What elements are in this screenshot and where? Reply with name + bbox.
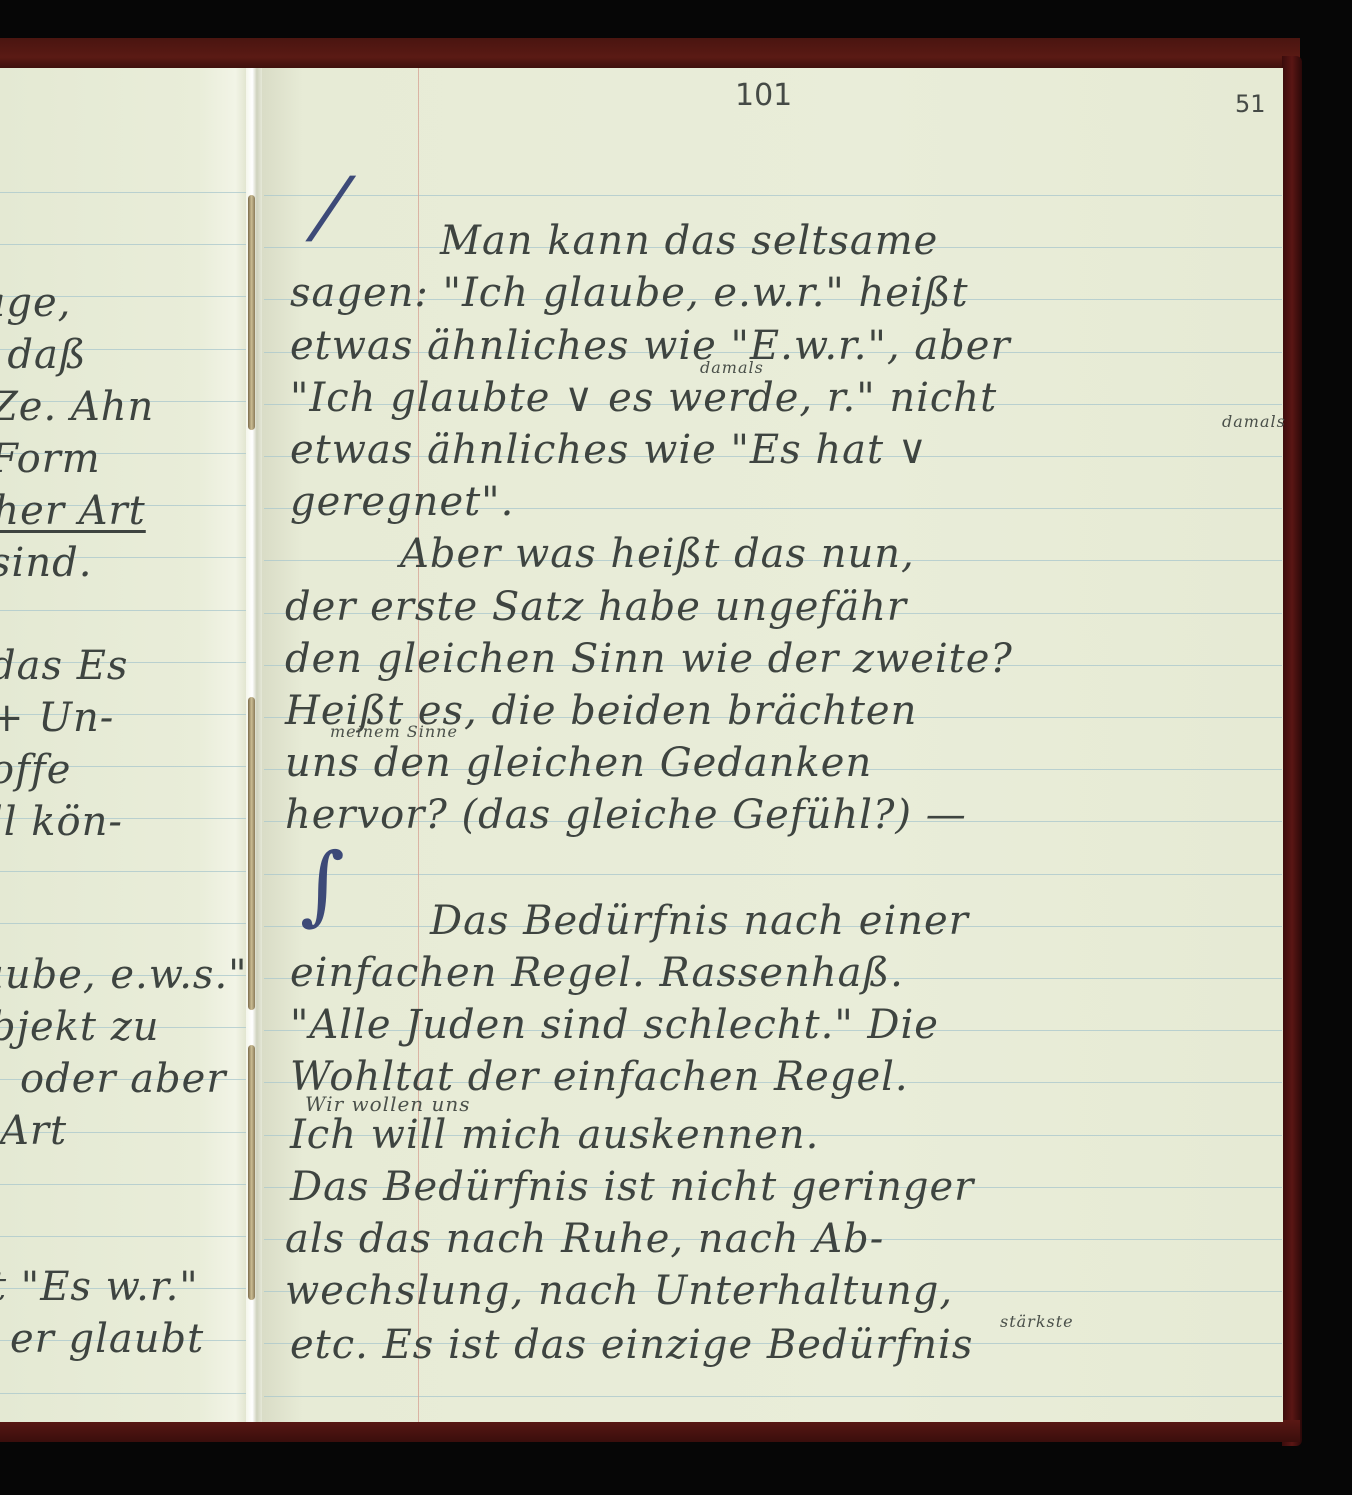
right-line: als das nach Ruhe, nach Ab- xyxy=(285,1216,884,1262)
section-marker-integral: ∫ xyxy=(300,835,345,935)
left-line: Ze. Ahn xyxy=(0,384,154,430)
insertion-staerkste: stärkste xyxy=(1000,1312,1074,1331)
left-line: oder aber xyxy=(20,1056,226,1102)
left-line: offe xyxy=(0,747,71,793)
left-line: er glaubt xyxy=(10,1316,204,1362)
right-line: der erste Satz habe ungefähr xyxy=(285,584,907,630)
left-line: sind. xyxy=(0,540,92,586)
binding-stitch xyxy=(248,195,255,430)
right-line: Das Bedürfnis ist nicht geringer xyxy=(290,1164,974,1210)
notebook-cover-right-edge xyxy=(1282,56,1302,1446)
left-line: aube, e.w.s." xyxy=(0,952,248,998)
left-line: + Un- xyxy=(0,695,114,741)
left-line: Form xyxy=(0,436,101,482)
right-line: Das Bedürfnis nach einer xyxy=(430,898,969,944)
left-line: cher Art xyxy=(0,488,146,534)
ruled-line xyxy=(264,874,1282,875)
binding-stitch xyxy=(248,697,255,1010)
right-line: Aber was heißt das nun, xyxy=(400,531,915,577)
right-line: den gleichen Sinn wie der zweite? xyxy=(285,636,1013,682)
left-line: t "Es w.r." xyxy=(0,1264,199,1310)
insertion-meinem-sinne: meinem Sinne xyxy=(330,722,458,741)
right-line: Ich will mich auskennen. xyxy=(290,1112,819,1158)
right-line: etwas ähnliches wie "Es hat ∨ xyxy=(290,427,928,473)
right-line: sagen: "Ich glaube, e.w.r." heißt xyxy=(290,270,969,316)
insertion-damals: damals xyxy=(1222,412,1286,431)
right-line: "Alle Juden sind schlecht." Die xyxy=(290,1002,939,1048)
right-line: Man kann das seltsame xyxy=(440,218,938,264)
left-page-text: sage, , daß Ze. Ahn Form cher Art sind. … xyxy=(0,68,248,1422)
left-line: bjekt zu xyxy=(0,1004,160,1050)
left-line: sage, xyxy=(0,280,71,326)
left-line: , daß xyxy=(0,332,87,378)
right-line: wechslung, nach Unterhaltung, xyxy=(285,1268,953,1314)
left-line: ll kön- xyxy=(0,799,123,845)
ruled-line xyxy=(264,195,1282,196)
notebook-cover-top xyxy=(0,38,1300,70)
left-line: das Es xyxy=(0,643,128,689)
left-line: Art xyxy=(0,1108,67,1154)
page-number-corner: 51 xyxy=(1235,90,1266,118)
page-number-top: 101 xyxy=(735,78,792,113)
right-line: hervor? (das gleiche Gefühl?) — xyxy=(285,792,967,838)
left-page: sage, , daß Ze. Ahn Form cher Art sind. … xyxy=(0,68,248,1422)
right-line: etc. Es ist das einzige Bedürfnis xyxy=(290,1322,973,1368)
right-line: uns den gleichen Gedanken xyxy=(285,740,872,786)
notebook-cover-bottom xyxy=(0,1420,1300,1442)
ruled-line xyxy=(264,1396,1282,1397)
binding-stitch xyxy=(248,1045,255,1300)
right-line: einfachen Regel. Rassenhaß. xyxy=(290,950,904,996)
right-line: geregnet". xyxy=(290,479,514,525)
right-line: etwas ähnliches wie "E.w.r.", aber xyxy=(290,323,1011,369)
right-line: "Ich glaubte ∨ es werde, r." nicht xyxy=(290,375,997,421)
